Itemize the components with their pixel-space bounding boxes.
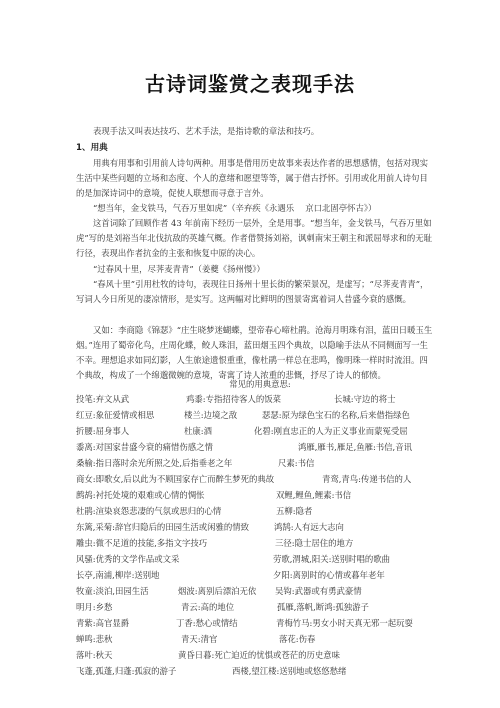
table-cell: 蝉鸣:悲秋 [76, 633, 112, 645]
table-cell: 青云:高的地位 [181, 601, 234, 613]
quote-jiang-kui: “过春风十里，尽荠麦青青”（姜夔《扬州慢》） [76, 262, 453, 277]
table-cell: 风骚:优秀的文学作品或文采 [76, 553, 179, 565]
paragraph-xin-qiji-analysis: 这首词除了回顾作者 43 年前南下经历一层外，全是用事。“想当年，金戈铁马，气吞… [76, 216, 436, 261]
table-cell: 吴钩:武器或有勇武豪情 [275, 585, 362, 597]
table-cell: 东篱,采菊:辞官归隐后的田园生活或闲雅的情致 [76, 521, 249, 533]
table-row: 飞蓬,孤蓬,归蓬:孤寂的游子 西楼,望江楼:送别地或悠悠愁绪 [76, 665, 476, 681]
table-cell: 西楼,望江楼:送别地或悠悠愁绪 [232, 665, 346, 677]
table-cell: 劳歌,渭城,阳关:送别时唱的歌曲 [273, 553, 390, 565]
table-cell: 瑟瑟:原为绿色宝石的名称,后来借指绿色 [262, 409, 410, 421]
table-cell: 黄昏日暮:死亡迫近的忧惧或苍茫的历史意味 [178, 649, 340, 661]
table-row: 杜鹃:渲染哀怨悲凄的气氛或思归的心情 五柳:隐者 [76, 505, 476, 521]
table-cell: 青天:清官 [181, 633, 217, 645]
paragraph-jiang-kui-analysis: “春风十里”引用杜牧的诗句，表现往日扬州十里长街的繁荣景况，是虚写；“尽荠麦青青… [76, 277, 436, 307]
quote-xin-qiji: “想当年，金戈铁马，气吞万里如虎”（辛弃疾《永遇乐 京口北固亭怀古》） [76, 201, 453, 216]
table-cell: 丁香:愁心或情结 [176, 617, 237, 629]
table-row: 桑榆:指日落时余光所照之处,后指垂老之年 尺素:书信 [76, 457, 476, 473]
table-cell: 杜康:酒 [184, 425, 212, 437]
table-cell: 五柳:隐者 [276, 505, 312, 517]
table-row: 投笔:弃文从武 鸡黍:专指招待客人的饭菜 长城:守边的将士 [76, 393, 476, 409]
intro-paragraph: 表现手法又叫表达技巧、艺术手法，是指诗歌的章法和技巧。 [76, 124, 436, 139]
table-row: 折腰:屈身事人 杜康:酒 化碧:刚直忠正的人为正义事业而蒙冤受屈 [76, 425, 476, 441]
section-heading: 1、用典 [76, 141, 108, 153]
table-row: 蝉鸣:悲秋 青天:清官 落花:伤春 [76, 633, 476, 649]
table-cell: 尺素:书信 [278, 457, 314, 469]
table-cell: 三径:隐士居住的地方 [275, 537, 353, 549]
table-cell: 孤雁,落帆,断鸿:孤独游子 [277, 601, 369, 613]
table-cell: 黍离:对国家昔盛今衰的痛惜伤感之情 [76, 441, 213, 453]
table-row: 红豆:象征爱情或相思 楼兰:边境之敌 瑟瑟:原为绿色宝石的名称,后来借指绿色 [76, 409, 476, 425]
table-cell: 烟波:离别后漂泊无依 [178, 585, 256, 597]
table-row: 明月:乡愁 青云:高的地位 孤雁,落帆,断鸿:孤独游子 [76, 601, 476, 617]
table-cell: 桑榆:指日落时余光所照之处,后指垂老之年 [76, 457, 232, 469]
table-cell: 折腰:屈身事人 [76, 425, 129, 437]
allusion-table-title: 常见的用典意思: [0, 378, 500, 390]
table-cell: 楼兰:边境之敌 [184, 409, 237, 421]
table-cell: 夕阳:离别时的心情或暮年老年 [273, 569, 385, 581]
table-cell: 青紫:高官显爵 [76, 617, 129, 629]
table-cell: 落叶:秋天 [76, 649, 112, 661]
table-row: 青紫:高官显爵 丁香:愁心或情结 青梅竹马:男女小时天真无邪一起玩耍 [76, 617, 476, 633]
table-cell: 化碧:刚直忠正的人为正义事业而蒙冤受屈 [254, 425, 408, 437]
table-row: 商女:即歌女,后以此为不顾国家存亡而醉生梦死的典故 青鸾,青鸟:传递书信的人 [76, 473, 476, 489]
table-cell: 杜鹃:渲染哀怨悲凄的气氛或思归的心情 [76, 505, 221, 517]
table-cell: 投笔:弃文从武 [76, 393, 129, 405]
table-cell: 雕虫:微不足道的技能,多指文字技巧 [76, 537, 207, 549]
table-row: 东篱,采菊:辞官归隐后的田园生活或闲雅的情致 鸿鹄:人有远大志向 [76, 521, 476, 537]
table-cell: 长亭,南浦,柳岸:送别地 [76, 569, 160, 581]
table-cell: 鸡黍:专指招待客人的饭菜 [186, 393, 281, 405]
table-cell: 鸿雁,雁书,雁足,鱼雁:书信,音讯 [298, 441, 412, 453]
table-row: 牧童:淡泊,田园生活 烟波:离别后漂泊无依 吴钩:武器或有勇武豪情 [76, 585, 476, 601]
table-cell: 落花:伤春 [279, 633, 315, 645]
table-cell: 青鸾,青鸟:传递书信的人 [322, 473, 411, 485]
table-cell: 长城:守边的将士 [334, 393, 395, 405]
paragraph-allusion-definition: 用典有用事和引用前人诗句两种。用事是借用历史故事来表达作者的思想感情，包括对现实… [76, 156, 436, 201]
table-row: 雕虫:微不足道的技能,多指文字技巧 三径:隐士居住的地方 [76, 537, 476, 553]
table-row: 鹧鸪:衬托处境的艰难或心情的惆怅 双鲤,鲤鱼,鲤素:书信 [76, 489, 476, 505]
table-cell: 鸿鹄:人有远大志向 [274, 521, 344, 533]
table-row: 风骚:优秀的文学作品或文采 劳歌,渭城,阳关:送别时唱的歌曲 [76, 553, 476, 569]
table-cell: 红豆:象征爱情或相思 [76, 409, 154, 421]
table-cell: 鹧鸪:衬托处境的艰难或心情的惆怅 [76, 489, 204, 501]
table-cell: 青梅竹马:男女小时天真无邪一起玩耍 [276, 617, 413, 629]
table-row: 黍离:对国家昔盛今衰的痛惜伤感之情 鸿雁,雁书,雁足,鱼雁:书信,音讯 [76, 441, 476, 457]
table-row: 落叶:秋天 黄昏日暮:死亡迫近的忧惧或苍茫的历史意味 [76, 649, 476, 665]
table-cell: 牧童:淡泊,田园生活 [76, 585, 148, 597]
table-cell: 双鲤,鲤鱼,鲤素:书信 [276, 489, 351, 501]
table-cell: 飞蓬,孤蓬,归蓬:孤寂的游子 [76, 665, 176, 677]
paragraph-li-shangyin-example: 又如：李商隐《锦瑟》“庄生晓梦迷蝴蝶，望帝春心啼杜鹃。沧海月明珠有泪，蓝田日暖玉… [76, 323, 436, 383]
table-cell: 商女:即歌女,后以此为不顾国家存亡而醉生梦死的典故 [76, 473, 274, 485]
table-cell: 明月:乡愁 [76, 601, 112, 613]
document-title: 古诗词鉴赏之表现手法 [0, 68, 500, 97]
table-row: 长亭,南浦,柳岸:送别地 夕阳:离别时的心情或暮年老年 [76, 569, 476, 585]
